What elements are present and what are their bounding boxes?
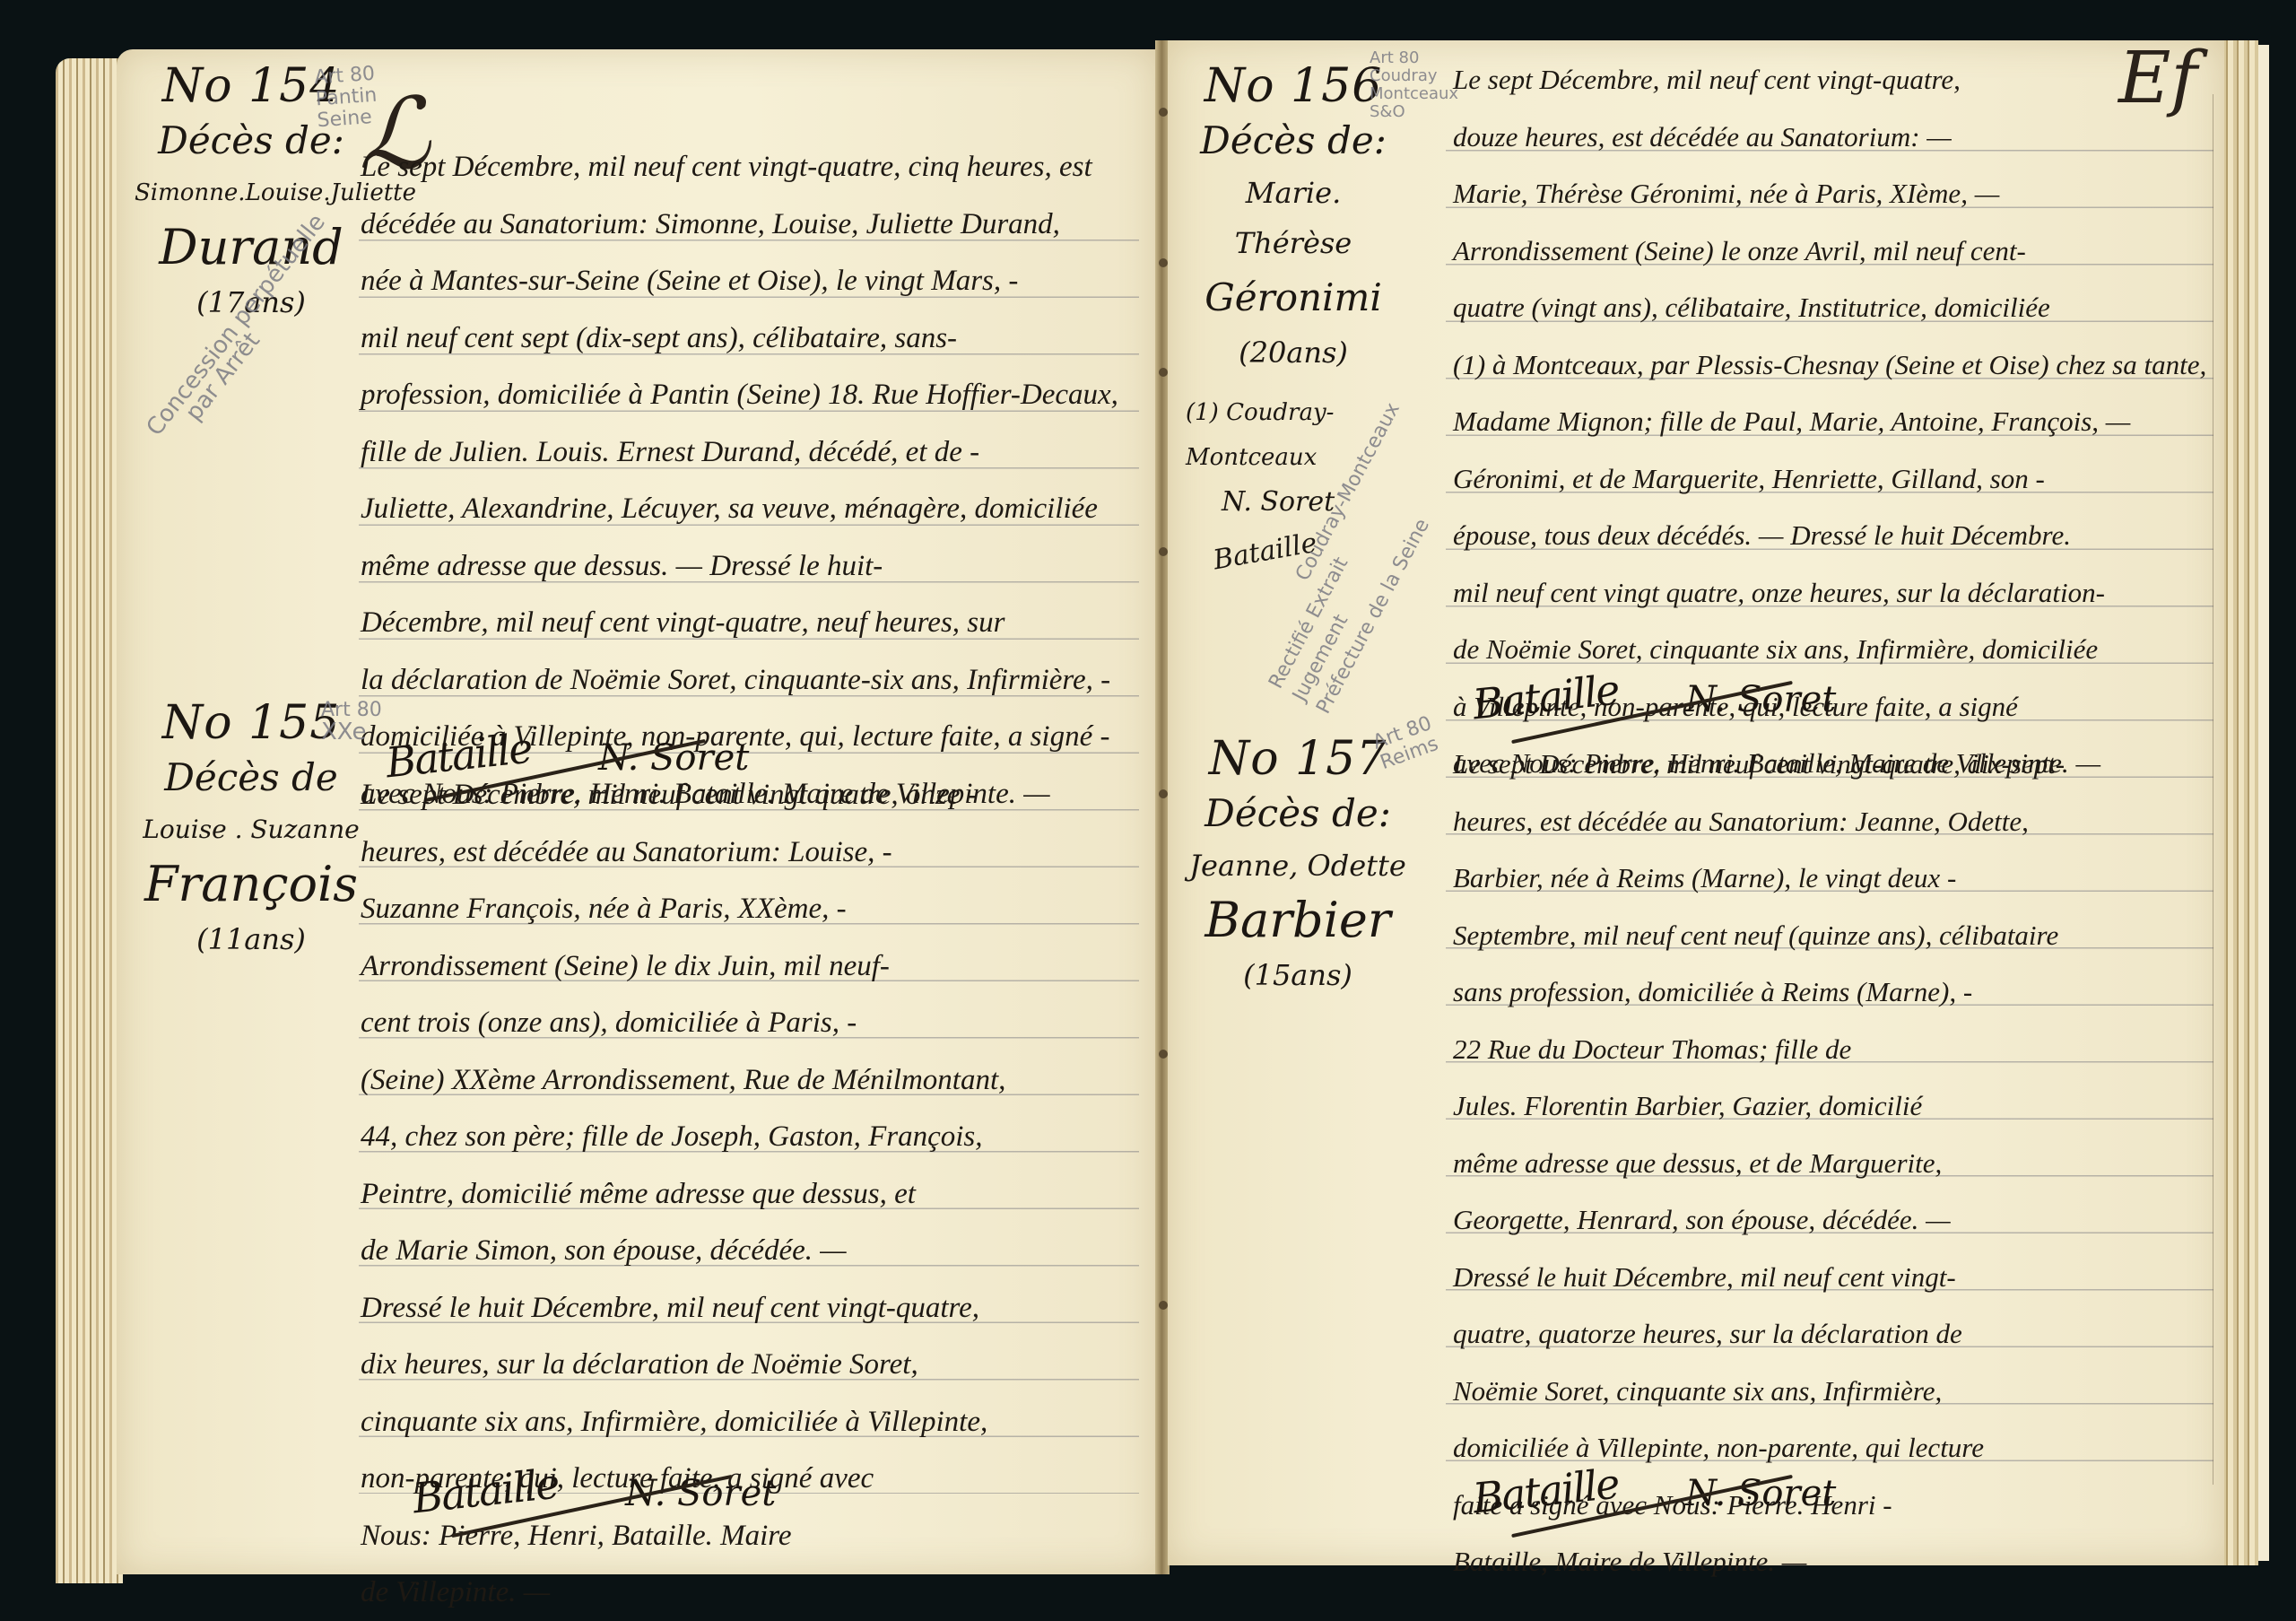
given-names: Jeanne, Odette [1186, 841, 1410, 891]
text-line: de Villepinte. — [361, 1564, 1150, 1621]
text-line: Madame Mignon; fille de Paul, Marie, Ant… [1453, 393, 2215, 450]
text-line: mil neuf cent vingt quatre, onze heures,… [1453, 564, 2215, 622]
text-line: dix heures, sur la déclaration de Noëmie… [361, 1337, 1150, 1394]
pencil-line: XXe [321, 721, 382, 743]
text-line: Peintre, domicilié même adresse que dess… [361, 1166, 1150, 1224]
text-line: Arrondissement (Seine) le onze Avril, mi… [1453, 222, 2215, 280]
text-line: même adresse que dessus. — Dressé le hui… [361, 538, 1150, 596]
text-line: (Seine) XXème Arrondissement, Rue de Mén… [361, 1052, 1150, 1110]
entry-157-body: Le sept Décembre, mil neuf cent vingt-qu… [1453, 736, 2215, 1590]
mayor-signature: Bataille [1471, 666, 1621, 729]
mayor-signature: Bataille [411, 1460, 561, 1523]
deces-label: Décès de: [1186, 114, 1401, 168]
right-page-edges [2222, 40, 2258, 1565]
surname: Barbier [1186, 891, 1410, 950]
text-line: Marie, Thérèse Géronimi, née à Paris, XI… [1453, 165, 2215, 222]
text-line: cinquante six ans, Infirmière, domicilié… [361, 1394, 1150, 1451]
text-line: Bataille, Maire de Villepinte. — [1453, 1533, 2215, 1590]
left-page-edges [56, 58, 123, 1583]
text-line: Jules. Florentin Barbier, Gazier, domici… [1453, 1077, 2215, 1135]
text-line: la déclaration de Noëmie Soret, cinquant… [361, 652, 1150, 710]
age: (11ans) [135, 914, 368, 964]
text-line: Noëmie Soret, cinquante six ans, Infirmi… [1453, 1363, 2215, 1420]
text-line: de Noëmie Soret, cinquante six ans, Infi… [1453, 621, 2215, 678]
text-line: 44, chez son père; fille de Joseph, Gast… [361, 1109, 1150, 1166]
text-line: heures, est décédée au Sanatorium: Louis… [361, 824, 1150, 882]
corner-flourish: Ef [2118, 36, 2197, 119]
text-line: même adresse que dessus, et de Marguerit… [1453, 1135, 2215, 1192]
text-line: Dressé le huit Décembre, mil neuf cent v… [1453, 1249, 2215, 1306]
mayor-signature: Bataille [1471, 1460, 1621, 1523]
text-line: heures, est décédée au Sanatorium: Jeann… [1453, 793, 2215, 850]
binding-stitch [1159, 258, 1168, 267]
text-line: mil neuf cent sept (dix-sept ans), célib… [361, 310, 1150, 368]
pencil-note-157: Art 80 Reims [1370, 713, 1442, 774]
right-page: No 156 Décès de: Marie. Thérèse Géronimi… [1168, 40, 2224, 1565]
binding-stitch [1159, 368, 1168, 377]
text-line: décédée au Sanatorium: Simonne, Louise, … [361, 196, 1150, 254]
text-line: Barbier, née à Reims (Marne), le vingt d… [1453, 850, 2215, 907]
left-page: No 154 Décès de: Simonne.Louise.Juliette… [117, 49, 1157, 1574]
pencil-note-156: Art 80 Coudray Montceaux S&O [1370, 49, 1458, 121]
text-line: cent trois (onze ans), domiciliée à Pari… [361, 995, 1150, 1052]
text-line: (1) à Montceaux, par Plessis-Chesnay (Se… [1453, 336, 2215, 394]
signatures-156: Bataille N. Soret [1473, 673, 1836, 721]
signatures-155: Bataille N. Soret [413, 1467, 776, 1515]
pencil-line: Montceaux [1370, 85, 1458, 103]
age: (20ans) [1186, 327, 1401, 378]
text-line: sans profession, domiciliée à Reims (Mar… [1453, 963, 2215, 1021]
text-line: 22 Rue du Docteur Thomas; fille de [1453, 1021, 2215, 1078]
text-line: quatre (vingt ans), célibataire, Institu… [1453, 279, 2215, 336]
text-line: Nous: Pierre, Henri, Bataille. Maire [361, 1508, 1150, 1565]
text-line: Le sept Décembre, mil neuf cent vingt-qu… [361, 139, 1150, 196]
text-line: Septembre, mil neuf cent neuf (quinze an… [1453, 907, 2215, 964]
pencil-line: Art 80 [1370, 49, 1458, 67]
text-line: épouse, tous deux décédés. — Dressé le h… [1453, 507, 2215, 564]
pencil-line: Coudray [1370, 67, 1458, 85]
pencil-line: S&O [1370, 103, 1458, 121]
entry-157-header: No 157 Décès de: Jeanne, Odette Barbier … [1186, 731, 1410, 1000]
given-names: Louise . Suzanne [135, 805, 368, 855]
text-line: Suzanne François, née à Paris, XXème, - [361, 881, 1150, 938]
binding-stitch [1159, 789, 1168, 798]
text-line: Georgette, Henrard, son épouse, décédée.… [1453, 1191, 2215, 1249]
text-line: née à Mantes-sur-Seine (Seine et Oise), … [361, 253, 1150, 310]
text-line: Décembre, mil neuf cent vingt-quatre, ne… [361, 595, 1150, 652]
text-line: Juliette, Alexandrine, Lécuyer, sa veuve… [361, 481, 1150, 538]
signatures-157: Bataille N. Soret [1473, 1467, 1836, 1515]
pencil-note-155: Art 80 XXe [321, 700, 382, 743]
deces-label: Décès de [135, 751, 368, 805]
text-line: Le sept Décembre, mil neuf cent vingt-qu… [1453, 736, 2215, 793]
binding-stitch [1159, 108, 1168, 117]
binding-stitch [1159, 547, 1168, 556]
text-line: Arrondissement (Seine) le dix Juin, mil … [361, 938, 1150, 996]
text-line: de Marie Simon, son épouse, décédée. — [361, 1223, 1150, 1280]
entry-154-body: Le sept Décembre, mil neuf cent vingt-qu… [361, 139, 1150, 823]
text-line: fille de Julien. Louis. Ernest Durand, d… [361, 424, 1150, 482]
deces-label: Décès de: [1186, 787, 1410, 841]
entry-number: No 156 [1186, 58, 1401, 114]
surname: François [135, 855, 368, 914]
text-line: Dressé le huit Décembre, mil neuf cent v… [361, 1280, 1150, 1338]
age: (15ans) [1186, 950, 1410, 1000]
text-line: Le sept Décembre, mil neuf cent vingt-qu… [1453, 51, 2215, 109]
given-names: Simonne.Louise.Juliette [135, 168, 368, 218]
given-names: Marie. Thérèse [1186, 168, 1401, 268]
right-cover-edge [2258, 45, 2269, 1561]
surname: Géronimi [1186, 268, 1401, 327]
text-line: Le sept Décembre, mil neuf cent vingt qu… [361, 767, 1150, 824]
text-line: douze heures, est décédée au Sanatorium:… [1453, 109, 2215, 166]
binding-stitch [1159, 1050, 1168, 1059]
text-line: quatre, quatorze heures, sur la déclarat… [1453, 1305, 2215, 1363]
binding-stitch [1159, 1301, 1168, 1310]
text-line: Géronimi, et de Marguerite, Henriette, G… [1453, 450, 2215, 508]
text-line: profession, domiciliée à Pantin (Seine) … [361, 367, 1150, 424]
